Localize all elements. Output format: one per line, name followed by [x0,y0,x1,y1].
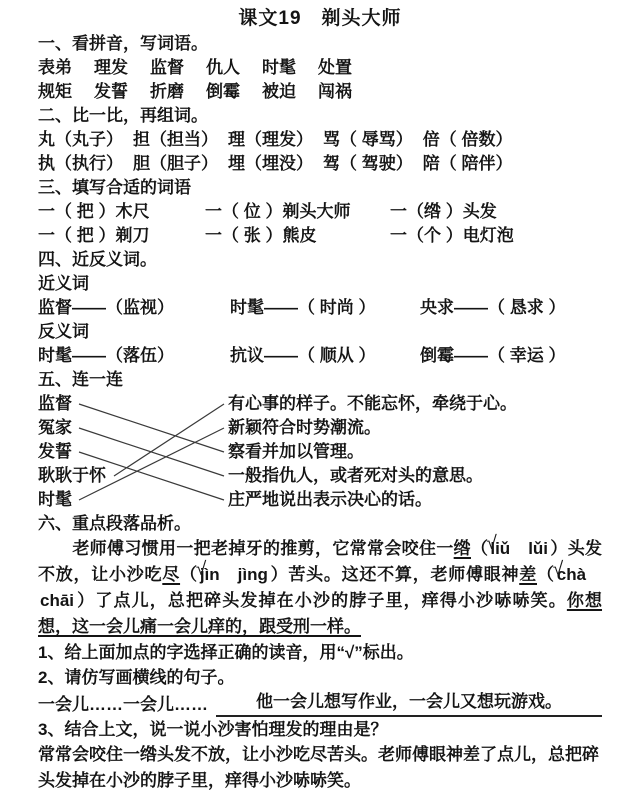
word-item: 监督 [150,56,184,80]
section-5-heading: 五、连一连 [38,368,602,392]
word-item: 折磨 [150,80,184,104]
match-row: 时髦 庄严地说出表示决心的话。 [38,488,602,512]
section-6-heading: 六、重点段落品析。 [38,512,602,536]
match-row: 耿耿于怀 一般指仇人，或者死对头的意思。 [38,464,602,488]
compare-word-item: 骂（ 辱骂） [323,128,413,152]
match-row: 监督 有心事的样子。不能忘怀，牵绕于心。 [38,392,602,416]
word-item: 仇人 [206,56,240,80]
measure-word-item: 一（ 把 ）木尺 [38,200,205,224]
match-term: 耿耿于怀 [38,464,228,488]
antonym-row: 时髦——（落伍） 抗议——（ 顺从 ） 倒霉——（ 幸运 ） [38,344,602,368]
pinyin-option: jìng [236,562,270,588]
compare-word-item: 丸（丸子） [38,128,123,152]
antonym-subheading: 反义词 [38,320,602,344]
match-term: 监督 [38,392,228,416]
measure-word-item: 一（ 把 ）剃刀 [38,224,205,248]
check-mark: √ [486,531,496,557]
synonym-pair: 央求——（ 恳求 ） [420,296,602,320]
word-item: 时髦 [262,56,296,80]
section-1-row-2: 规矩 发誓 折磨 倒霉 被迫 闯祸 [38,80,602,104]
synonym-row: 监督——（监视） 时髦——（ 时尚 ） 央求——（ 恳求 ） [38,296,602,320]
compare-word-item: 倍（ 倍数） [423,128,513,152]
compare-word-item: 理（理发） [228,128,313,152]
synonym-pair: 时髦——（ 时尚 ） [230,296,420,320]
match-definition: 有心事的样子。不能忘怀，牵绕于心。 [228,392,602,416]
match-term: 冤家 [38,416,228,440]
synonym-subheading: 近义词 [38,272,602,296]
compare-word-item: 执（执行） [38,152,123,176]
match-row: 冤家 新颖符合时势潮流。 [38,416,602,440]
pinyin-option-correct: chà√ [555,562,588,588]
check-mark: √ [553,557,563,583]
compare-word-item: 埋（埋没） [228,152,313,176]
match-definition: 庄严地说出表示决心的话。 [228,488,602,512]
marked-char: 差 [519,565,537,584]
passage-text: 老师傅习惯用一把老掉牙的推剪，它常常会咬住一 [72,539,454,558]
compare-word-item: 驾（ 驾驶） [323,152,413,176]
passage-text: 了点儿，总把碎头发掉在小沙的脖子里，痒得小沙哧哧笑。 [95,591,567,610]
section-1-heading: 一、看拼音，写词语。 [38,32,602,56]
section-3-row-1: 一（ 把 ）木尺 一（ 位 ）剃头大师 一（绺 ）头发 [38,200,602,224]
word-item: 被迫 [262,80,296,104]
word-item: 发誓 [94,80,128,104]
section-3-heading: 三、填写合适的词语 [38,176,602,200]
question-2: 2、请仿写画横线的句子。 [38,665,602,690]
pinyin-option: lǔi [526,536,550,562]
measure-word-item: 一（个 ）电灯泡 [390,224,602,248]
section-3-row-2: 一（ 把 ）剃刀 一（ 张 ）熊皮 一（个 ）电灯泡 [38,224,602,248]
worksheet-page: 课文19 剃头大师 一、看拼音，写词语。 表弟 理发 监督 仇人 时髦 处置 规… [0,0,640,790]
sentence-pattern-prompt: 一会儿……一会儿…… [38,692,216,717]
matching-exercise: 监督 有心事的样子。不能忘怀，牵绕于心。 冤家 新颖符合时势潮流。 发誓 察看并… [38,392,602,512]
measure-word-item: 一（ 位 ）剃头大师 [205,200,390,224]
match-definition: 察看并加以管理。 [228,440,602,464]
synonym-pair: 监督——（监视） [38,296,230,320]
section-1-row-1: 表弟 理发 监督 仇人 时髦 处置 [38,56,602,80]
match-row: 发誓 察看并加以管理。 [38,440,602,464]
match-definition: 新颖符合时势潮流。 [228,416,602,440]
pinyin-option-correct: liǔ√ [488,536,512,562]
question-1: 1、给上面加点的字选择正确的读音，用“√”标出。 [38,640,602,665]
compare-word-item: 担（担当） [133,128,218,152]
check-mark: √ [196,557,206,583]
measure-word-item: 一（ 张 ）熊皮 [205,224,390,248]
word-item: 理发 [94,56,128,80]
compare-word-item: 胆（胆子） [133,152,218,176]
analysis-passage: 老师傅习惯用一把老掉牙的推剪，它常常会咬住一绺（liǔ√lǔi）头发不放，让小沙… [38,536,602,640]
section-2-row-2: 执（执行） 胆（胆子） 埋（埋没） 驾（ 驾驶） 陪（ 陪伴） [38,152,602,176]
page-title: 课文19 剃头大师 [38,6,602,32]
marked-char: 尽 [162,565,180,584]
match-term: 发誓 [38,440,228,464]
pinyin-option-correct: jìn√ [198,562,222,588]
section-2-heading: 二、比一比，再组词。 [38,104,602,128]
match-definition: 一般指仇人，或者死对头的意思。 [228,464,602,488]
question-3: 3、结合上文，说一说小沙害怕理发的理由是？ [38,717,602,742]
passage-text: 苦头。这还不算，老师傅眼神 [288,565,519,584]
antonym-pair: 抗议——（ 顺从 ） [230,344,420,368]
word-item: 表弟 [38,56,72,80]
question-2-answer-row: 一会儿……一会儿…… 他一会儿想写作业，一会儿又想玩游戏。 [38,690,602,717]
word-item: 规矩 [38,80,72,104]
word-item: 倒霉 [206,80,240,104]
question-3-answer: 常常会咬住一绺头发不放，让小沙吃尽苦头。老师傅眼神差了点儿，总把碎头发掉在小沙的… [38,742,602,790]
section-2-row-1: 丸（丸子） 担（担当） 理（理发） 骂（ 辱骂） 倍（ 倍数） [38,128,602,152]
match-term: 时髦 [38,488,228,512]
word-item: 闯祸 [318,80,352,104]
antonym-pair: 倒霉——（ 幸运 ） [420,344,602,368]
antonym-pair: 时髦——（落伍） [38,344,230,368]
paren: ） [270,565,289,584]
pinyin-option: chāi [38,588,76,614]
section-4-heading: 四、近反义词。 [38,248,602,272]
measure-word-item: 一（绺 ）头发 [390,200,602,224]
sentence-pattern-answer: 他一会儿想写作业，一会儿又想玩游戏。 [216,689,602,717]
word-item: 处置 [318,56,352,80]
paren: ） [550,539,568,558]
compare-word-item: 陪（ 陪伴） [423,152,513,176]
paren: ） [76,591,95,610]
marked-char: 绺 [454,539,471,558]
